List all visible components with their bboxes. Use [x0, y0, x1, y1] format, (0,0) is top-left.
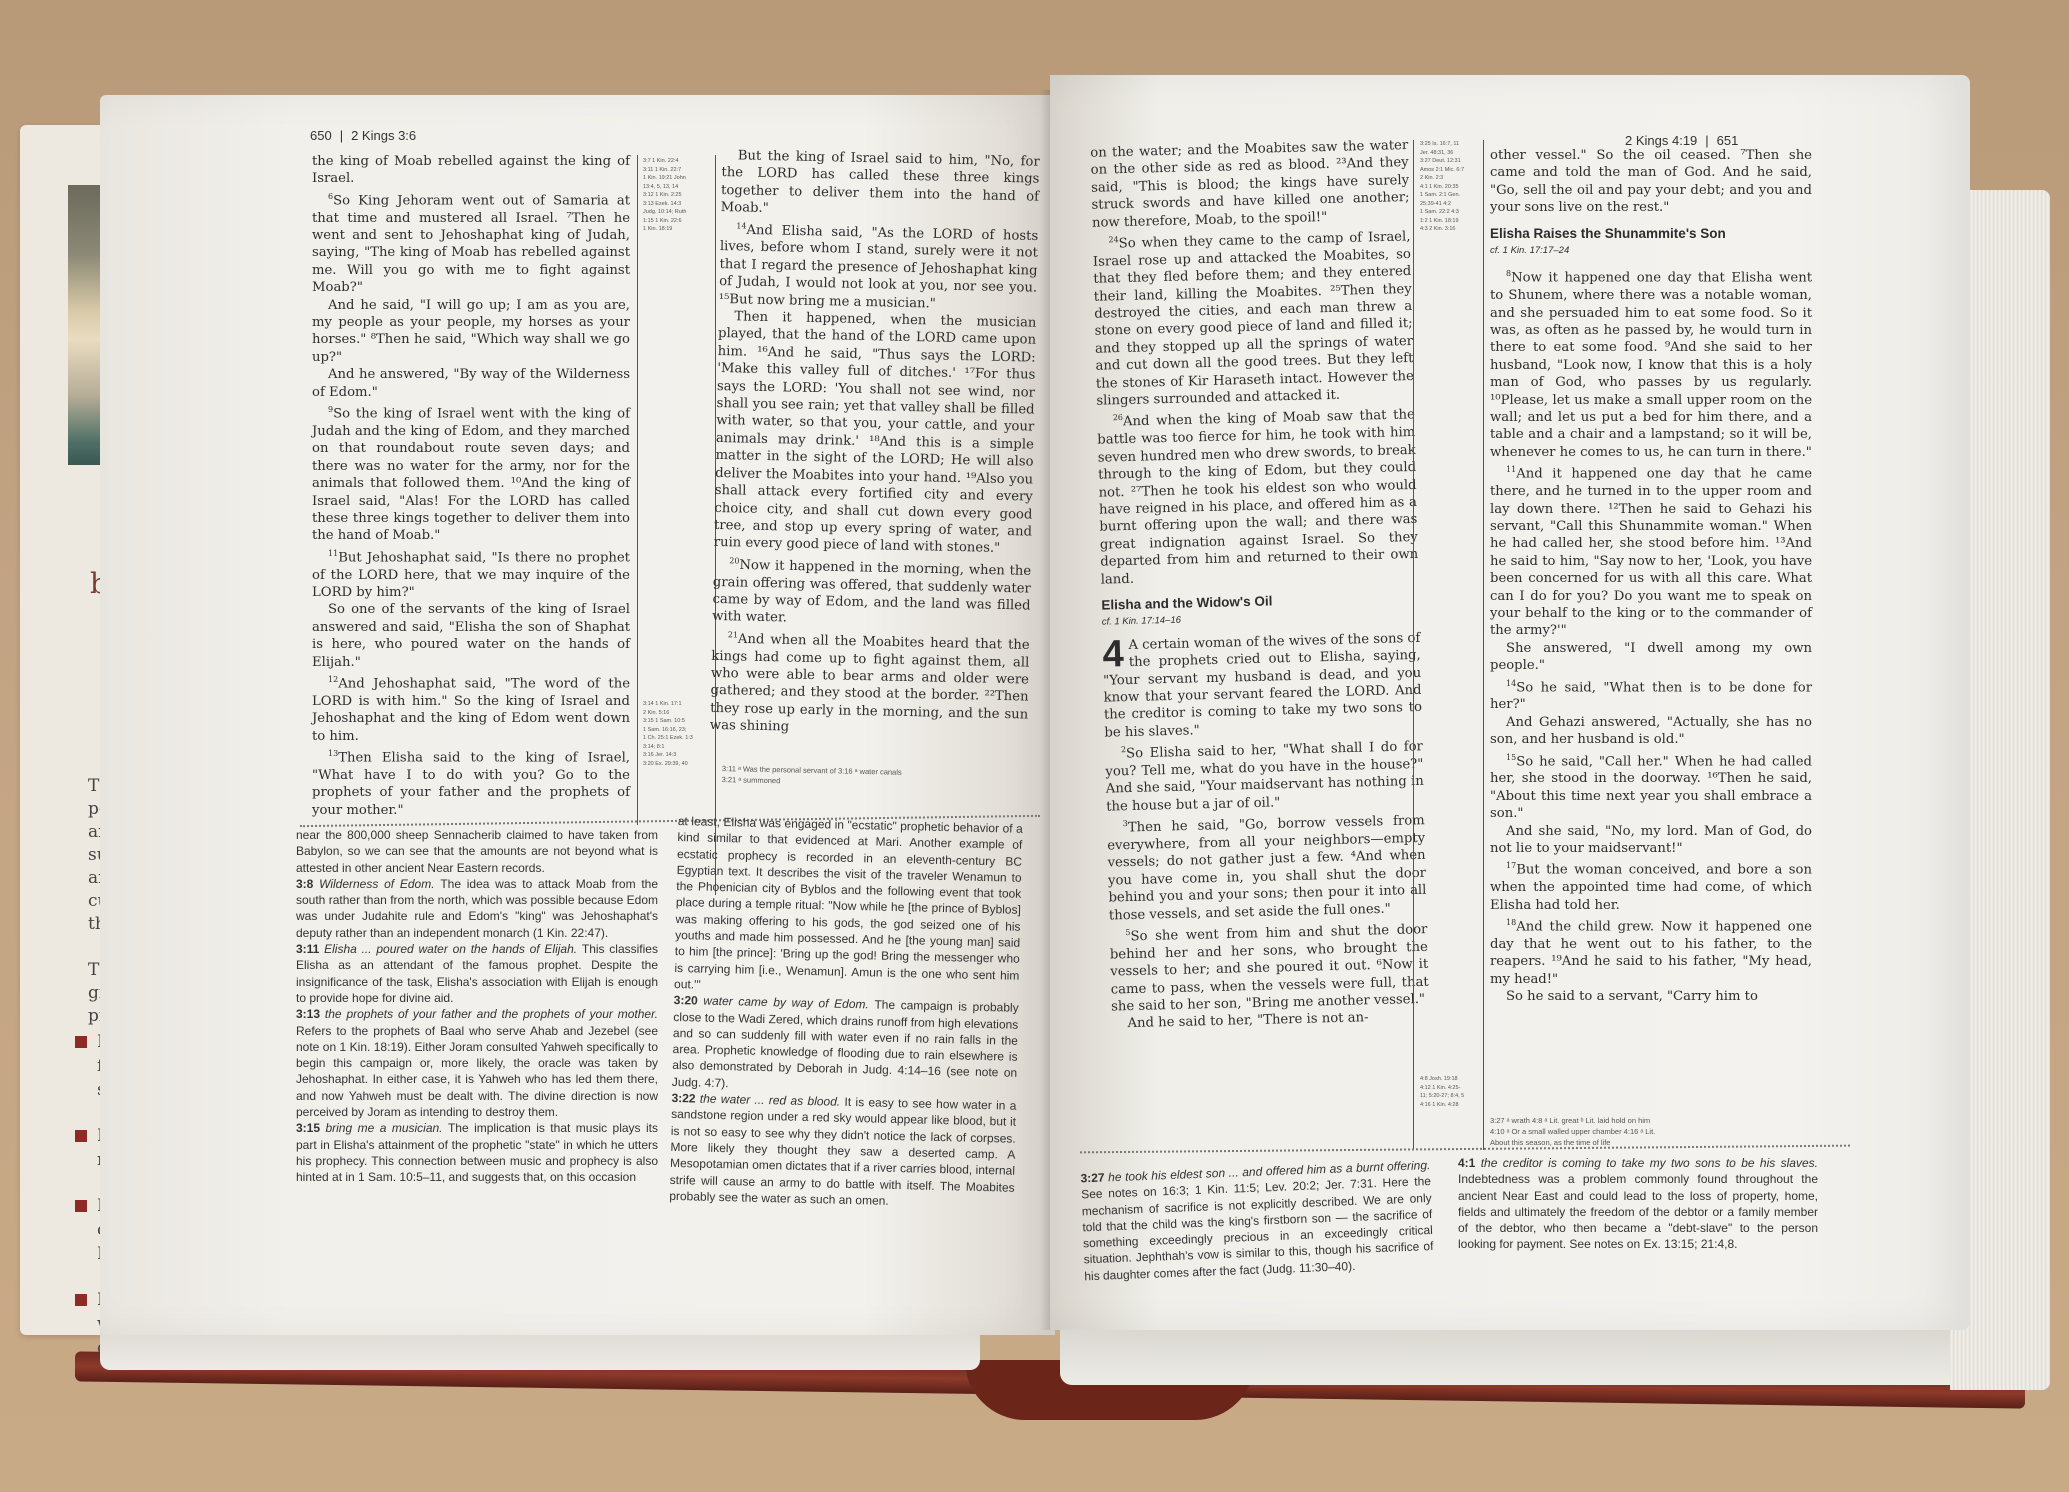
- reference-line: 4:16 1 Kin. 4:28: [1420, 1101, 1482, 1110]
- left-page: 650|2 Kings 3:6 the king of Moab rebelle…: [100, 95, 1055, 1335]
- study-note: 3:11 Elisha ... poured water on the hand…: [296, 941, 658, 1006]
- verse-paragraph: So one of the servants of the king of Is…: [312, 601, 630, 671]
- reference-line: 1 Sam. 2:1 Gen.: [1420, 191, 1482, 200]
- reference-line: 13:4, 5, 13, 14: [643, 183, 711, 192]
- verse-number: 15: [1506, 753, 1516, 762]
- verse-number: 12: [328, 675, 338, 684]
- verse-paragraph: And Gehazi answered, "Actually, she has …: [1490, 714, 1812, 749]
- running-head-ref: 2 Kings 4:19: [1625, 133, 1697, 148]
- study-note: near the 800,000 sheep Sennacherib claim…: [296, 827, 658, 876]
- verse-number: 20: [729, 556, 739, 565]
- notes-divider: [1080, 1145, 1850, 1154]
- translation-footnotes: 3:27 ᵃ wrath 4:8 ᵃ Lit. great ᵇ Lit. lai…: [1490, 1115, 1812, 1148]
- verse-number: 14: [736, 221, 746, 230]
- right-page: 2 Kings 4:19|651 on the water; and the M…: [1050, 75, 1970, 1330]
- note-reference: 3:11: [296, 942, 324, 956]
- reference-line: 4:8 Josh. 19:18: [1420, 1075, 1482, 1084]
- verse-paragraph: 11But Jehoshaphat said, "Is there no pro…: [312, 545, 630, 602]
- reference-line: 11; 5:20-27; 8:4, 5: [1420, 1092, 1482, 1101]
- reference-line: Judg. 10:14; Ruth: [643, 208, 711, 217]
- reference-line: 1:2 1 Kin. 18:19: [1420, 217, 1482, 226]
- reference-line: 3:7 1 Kin. 22:4: [643, 157, 711, 166]
- verse-paragraph: 14So he said, "What then is to be done f…: [1490, 675, 1812, 714]
- verse-paragraph: And he said, "I will go up; I am as you …: [312, 297, 630, 367]
- study-note: 3:27 he took his eldest son ... and offe…: [1080, 1157, 1434, 1284]
- verse-paragraph: 9So the king of Israel went with the kin…: [312, 401, 630, 545]
- study-notes-column-1: near the 800,000 sheep Sennacherib claim…: [296, 827, 658, 1186]
- study-note: 3:22 the water ... red as blood. It is e…: [669, 1090, 1016, 1212]
- study-notes-column-1: 3:27 he took his eldest son ... and offe…: [1080, 1157, 1434, 1284]
- verse-paragraph: But the king of Israel said to him, "No,…: [721, 147, 1040, 223]
- bullet-square-icon: [75, 1036, 87, 1048]
- cross-references-bottom: 4:8 Josh. 19:184:12 1 Kin. 4:25-11; 5:20…: [1420, 1075, 1482, 1109]
- verse-paragraph: the king of Moab rebelled against the ki…: [312, 153, 630, 188]
- verse-paragraph: 6So King Jehoram went out of Samaria at …: [312, 188, 630, 297]
- column-rule: [637, 155, 638, 825]
- reference-line: 3:20 Ex. 29:39, 40: [643, 760, 711, 769]
- section-parallel-ref: cf. 1 Kin. 17:17–24: [1490, 242, 1812, 259]
- scripture-column-2: But the king of Israel said to him, "No,…: [710, 147, 1040, 741]
- reference-line: 2 Kin. 2:3: [1420, 174, 1482, 183]
- reference-line: Jer. 48:31, 36: [1420, 149, 1482, 158]
- verse-paragraph: And he answered, "By way of the Wilderne…: [312, 366, 630, 401]
- reference-line: 4:3 2 Kin. 3:16: [1420, 225, 1482, 234]
- verse-paragraph: 13Then Elisha said to the king of Israel…: [312, 745, 630, 819]
- reference-line: 3:16 Jer. 14:3: [643, 751, 711, 760]
- verse-paragraph: other vessel." So the oil ceased. ⁷Then …: [1490, 147, 1812, 217]
- scripture-column-1: the king of Moab rebelled against the ki…: [312, 153, 630, 819]
- note-reference: 3:8: [296, 877, 319, 891]
- note-lemma: Wilderness of Edom.: [319, 877, 440, 891]
- note-lemma: the prophets of your father and the prop…: [325, 1007, 658, 1021]
- study-note: 3:15 bring me a musician. The implicatio…: [296, 1120, 658, 1185]
- verse-paragraph: 20Now it happened in the morning, when t…: [712, 552, 1031, 633]
- verse-paragraph: 3Then he said, "Go, borrow vessels from …: [1106, 808, 1427, 925]
- reference-line: 1 Kin. 19:21 John: [643, 174, 711, 183]
- verse-number: 21: [728, 630, 738, 639]
- note-lemma: water came by way of Edom.: [703, 994, 874, 1012]
- reference-line: 2 Kin. 5:16: [643, 709, 711, 718]
- reference-line: 3:12 1 Kin. 2:25: [643, 191, 711, 200]
- note-lemma: he took his eldest son ... and offered h…: [1108, 1158, 1431, 1184]
- verse-number: 5: [1125, 928, 1130, 937]
- verse-paragraph: 18And the child grew. Now it happened on…: [1490, 914, 1812, 988]
- bullet-square-icon: [75, 1200, 87, 1212]
- verse-paragraph: She answered, "I dwell among my own peop…: [1490, 640, 1812, 675]
- reference-line: Amos 2:1 Mic. 6:7: [1420, 166, 1482, 175]
- column-rule: [1483, 140, 1484, 1150]
- bullet-square-icon: [75, 1294, 87, 1306]
- reference-line: 1 Sam. 22:2 4:3: [1420, 208, 1482, 217]
- note-reference: 3:15: [296, 1121, 325, 1135]
- reference-line: 3:27 ᵃ wrath 4:8 ᵃ Lit. great ᵇ Lit. lai…: [1490, 1115, 1812, 1126]
- verse-paragraph: 14And Elisha said, "As the LORD of hosts…: [719, 217, 1039, 315]
- verse-paragraph: And she said, "No, my lord. Man of God, …: [1490, 823, 1812, 858]
- verse-number: 17: [1506, 861, 1516, 870]
- note-reference: 3:13: [296, 1007, 325, 1021]
- running-head-right: 2 Kings 4:19|651: [1625, 133, 1738, 148]
- note-lemma: Elisha ... poured water on the hands of …: [324, 942, 582, 956]
- scene: S behi The Bipeopleand thsubtleand recus…: [0, 0, 2069, 1492]
- verse-paragraph: 11And it happened one day that he came t…: [1490, 461, 1812, 639]
- reference-line: 25:39-41 4:2: [1420, 200, 1482, 209]
- cross-references-top: 3:25 Is. 16:7, 11Jer. 48:31, 363:27 Deut…: [1420, 140, 1482, 234]
- verse-paragraph: 5So she went from him and shut the door …: [1109, 917, 1429, 1016]
- verse-number: 9: [328, 405, 333, 414]
- reference-line: 4:12 1 Kin. 4:25-: [1420, 1084, 1482, 1093]
- verse-number: 11: [1506, 465, 1516, 474]
- verse-paragraph: 17But the woman conceived, and bore a so…: [1490, 857, 1812, 914]
- study-note: at least, Elisha was engaged in "ecstati…: [674, 813, 1023, 1000]
- page-number: 650: [310, 128, 332, 143]
- note-reference: 3:27: [1080, 1170, 1108, 1185]
- reference-line: 3:27 Deut. 12:31: [1420, 157, 1482, 166]
- scripture-column-2: other vessel." So the oil ceased. ⁷Then …: [1490, 147, 1812, 1005]
- reference-line: 1 Ch. 25:1 Ezek. 1:3: [643, 734, 711, 743]
- running-head-left: 650|2 Kings 3:6: [310, 128, 416, 143]
- column-rule: [1413, 140, 1414, 1150]
- reference-line: 3:13 Ezek. 14:3: [643, 200, 711, 209]
- note-reference: 3:20: [674, 993, 704, 1008]
- reference-line: 1 Kin. 18:19: [643, 225, 711, 234]
- running-head-ref: 2 Kings 3:6: [351, 128, 416, 143]
- reference-line: 4:10 ᵃ Or a small walled upper chamber 4…: [1490, 1126, 1812, 1137]
- cross-references-bottom: 3:14 1 Kin. 17:12 Kin. 5:163:15 1 Sam. 1…: [643, 700, 711, 768]
- verse-paragraph: A certain woman of the wives of the sons…: [1102, 630, 1422, 742]
- reference-line: 3:14; 8:1: [643, 743, 711, 752]
- verse-paragraph: 8Now it happened one day that Elisha wen…: [1490, 265, 1812, 461]
- study-note: 3:20 water came by way of Edom. The camp…: [672, 992, 1019, 1098]
- reference-line: 1:15 1 Kin. 22:6: [643, 217, 711, 226]
- verse-number: 11: [328, 549, 338, 558]
- verse-number: 24: [1108, 235, 1118, 244]
- chapter-number: 4: [1102, 637, 1124, 672]
- note-reference: 3:22: [671, 1091, 700, 1106]
- translation-footnotes: 3:11 ᵃ Was the personal servant of 3:16 …: [722, 763, 1040, 792]
- verse-number: 6: [328, 192, 333, 201]
- reference-line: 4:1 1 Kin. 20:35: [1420, 183, 1482, 192]
- reference-line: 3:15 1 Sam. 10:5: [643, 717, 711, 726]
- note-reference: 4:1: [1458, 1156, 1481, 1170]
- reference-line: 1 Sam. 16:16, 23;: [643, 726, 711, 735]
- verse-paragraph: 2So Elisha said to her, "What shall I do…: [1105, 734, 1425, 816]
- verse-paragraph: 26And when the king of Moab saw that the…: [1097, 402, 1419, 588]
- scripture-column-1: on the water; and the Moabites saw the w…: [1090, 137, 1430, 1033]
- section-heading: Elisha Raises the Shunammite's Son: [1490, 225, 1812, 242]
- study-note: 3:8 Wilderness of Edom. The idea was to …: [296, 876, 658, 941]
- study-notes-column-2: 4:1 the creditor is coming to take my tw…: [1458, 1155, 1818, 1253]
- study-note: 4:1 the creditor is coming to take my tw…: [1458, 1155, 1818, 1253]
- note-lemma: bring me a musician.: [325, 1121, 447, 1135]
- verse-paragraph: 24So when they came to the camp of Israe…: [1092, 224, 1414, 410]
- verse-paragraph: So he said to a servant, "Carry him to: [1490, 988, 1812, 1005]
- page-number: 651: [1717, 133, 1739, 148]
- verse-number: 2: [1121, 745, 1126, 754]
- reference-line: 3:11 1 Kin. 22:7: [643, 166, 711, 175]
- note-lemma: the water ... red as blood.: [700, 1092, 845, 1109]
- verse-number: 3: [1123, 819, 1128, 828]
- reference-line: 3:25 Is. 16:7, 11: [1420, 140, 1482, 149]
- reference-line: 3:14 1 Kin. 17:1: [643, 700, 711, 709]
- verse-number: 14: [1506, 679, 1516, 688]
- note-lemma: the creditor is coming to take my two so…: [1481, 1156, 1818, 1170]
- verse-paragraph: 21And when all the Moabites heard that t…: [710, 626, 1030, 741]
- verse-paragraph: Then it happened, when the musician play…: [714, 308, 1037, 558]
- verse-paragraph: on the water; and the Moabites saw the w…: [1090, 137, 1410, 232]
- study-notes-column-2: at least, Elisha was engaged in "ecstati…: [669, 813, 1023, 1212]
- verse-paragraph: 12And Jehoshaphat said, "The word of the…: [312, 671, 630, 745]
- verse-number: 8: [1506, 269, 1511, 278]
- verse-number: 13: [328, 749, 338, 758]
- verse-number: 18: [1506, 918, 1516, 927]
- cross-references-top: 3:7 1 Kin. 22:43:11 1 Kin. 22:71 Kin. 19…: [643, 157, 711, 234]
- bullet-square-icon: [75, 1130, 87, 1142]
- verse-number: 26: [1113, 414, 1123, 423]
- verse-paragraph: 15So he said, "Call her." When he had ca…: [1490, 749, 1812, 823]
- study-note: 3:13 the prophets of your father and the…: [296, 1006, 658, 1120]
